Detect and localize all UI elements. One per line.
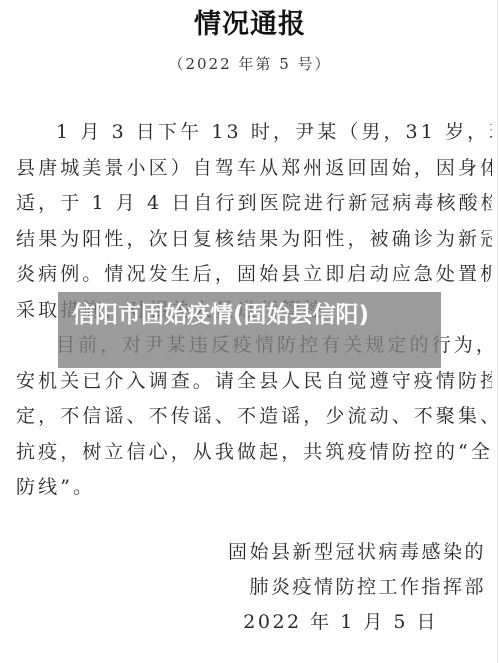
body-line: 安机关已介入调查。请全县人民自觉遵守疫情防控规 [16,364,492,400]
document-page: 情况通报 （2022 年第 5 号） 1 月 3 日下午 13 时，尹某（男，3… [0,0,500,663]
overlay-caption[interactable]: 信阳市固始疫情(固始县信阳) [72,300,432,330]
body-line: 抗疫，树立信心，从我做起，共筑疫情防控的“全民 [16,435,492,471]
document-title: 情况通报 [0,8,500,42]
body-line: 炎病例。情况发生后，固始县立即启动应急处置机制， [16,257,492,293]
body-line: 1 月 3 日下午 13 时，尹某（男，31 岁，现住固始 [16,115,492,151]
signature-block: 固始县新型冠状病毒感染的 肺炎疫情防控工作指挥部 2022 年 1 月 5 日 [228,535,486,640]
document-number: （2022 年第 5 号） [0,53,500,75]
signature-org-line1: 固始县新型冠状病毒感染的 [228,535,486,570]
signature-date: 2022 年 1 月 5 日 [228,605,486,640]
page-edge-divider [497,0,498,663]
caption-overlay[interactable]: 信阳市固始疫情(固始县信阳) [58,292,441,368]
body-line: 防线”。 [16,470,492,506]
body-line: 县唐城美景小区）自驾车从郑州返回固始，因身体不 [16,151,492,187]
body-line: 结果为阳性，次日复核结果为阳性，被确诊为新冠肺 [16,222,492,258]
signature-org-line2: 肺炎疫情防控工作指挥部 [228,570,486,605]
body-line: 定，不信谣、不传谣、不造谣，少流动、不聚集、同 [16,399,492,435]
body-line: 适，于 1 月 4 日自行到医院进行新冠病毒核酸检测， [16,186,492,222]
